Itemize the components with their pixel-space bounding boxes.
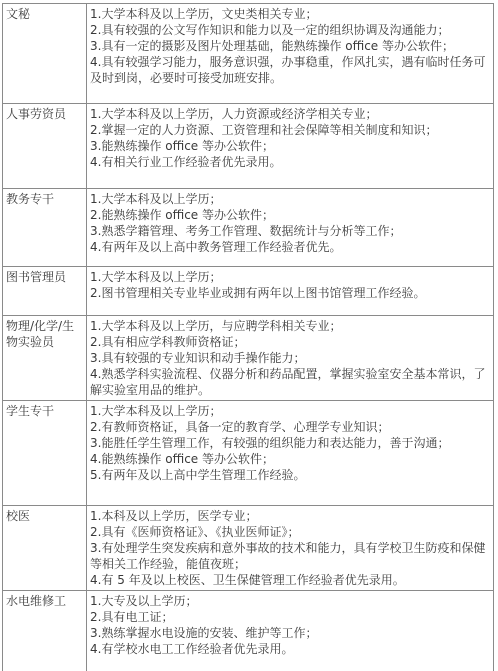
requirement-item: 3.具有较强的专业知识和动手操作能力； — [90, 350, 491, 366]
requirements-cell: 1.本科及以上学历，医学专业；2.具有《医师资格证》、《执业医师证》；3.有处理… — [87, 506, 494, 591]
requirements-cell: 1.大学本科及以上学历，与应聘学科相关专业；2.具有相应学科教师资格证；3.具有… — [87, 316, 494, 401]
job-requirements-table: 文秘1.大学本科及以上学历，文史类相关专业；2.具有较强的公文写作知识和能力以及… — [2, 3, 494, 671]
table-row: 水电维修工1.大专及以上学历；2.具有电工证；3.熟练掌握水电设施的安装、维护等… — [3, 591, 494, 671]
table-row: 学生专干1.大学本科及以上学历；2.有教师资格证，具备一定的教育学、心理学专业知… — [3, 401, 494, 506]
requirement-item: 2.具有电工证； — [90, 609, 491, 625]
requirements-cell: 1.大学本科及以上学历；2.能熟练操作 office 等办公软件；3.熟悉学籍管… — [87, 189, 494, 267]
requirement-item: 2.具有《医师资格证》、《执业医师证》； — [90, 524, 491, 540]
position-cell: 校医 — [3, 506, 87, 591]
job-requirements-table-body: 文秘1.大学本科及以上学历，文史类相关专业；2.具有较强的公文写作知识和能力以及… — [3, 4, 494, 671]
requirement-item: 4.有学校水电工工作经验者优先录用。 — [90, 641, 491, 657]
requirement-item: 4.具有较强学习能力，服务意识强，办事稳重，作风扎实，遇有临时任务可及时到岗，必… — [90, 54, 491, 86]
requirement-item: 3.熟练掌握水电设施的安装、维护等工作； — [90, 625, 491, 641]
requirements-cell: 1.大学本科及以上学历；2.有教师资格证，具备一定的教育学、心理学专业知识；3.… — [87, 401, 494, 506]
position-cell: 学生专干 — [3, 401, 87, 506]
requirement-item: 1.大学本科及以上学历，文史类相关专业； — [90, 6, 491, 22]
requirement-item: 1.大学本科及以上学历，与应聘学科相关专业； — [90, 318, 491, 334]
requirement-item: 1.大专及以上学历； — [90, 593, 491, 609]
requirement-item: 2.有教师资格证，具备一定的教育学、心理学专业知识； — [90, 419, 491, 435]
requirement-item: 4.熟悉学科实验流程、仪器分析和药品配置，掌握实验室安全基本常识，了解实验室用品… — [90, 366, 491, 398]
requirement-item: 4.有相关行业工作经验者优先录用。 — [90, 154, 491, 170]
requirement-item: 1.大学本科及以上学历，人力资源或经济学相关专业； — [90, 106, 491, 122]
position-cell: 物理/化学/生物实验员 — [3, 316, 87, 401]
requirement-item: 2.掌握一定的人力资源、工资管理和社会保障等相关制度和知识； — [90, 122, 491, 138]
table-row: 图书管理员1.大学本科及以上学历；2.图书管理相关专业毕业或拥有两年以上图书馆管… — [3, 267, 494, 316]
position-cell: 教务专干 — [3, 189, 87, 267]
position-cell: 人事劳资员 — [3, 104, 87, 189]
requirement-item: 4.能熟练操作 office 等办公软件； — [90, 451, 491, 467]
table-row: 教务专干1.大学本科及以上学历；2.能熟练操作 office 等办公软件；3.熟… — [3, 189, 494, 267]
requirement-item: 3.能熟练操作 office 等办公软件； — [90, 138, 491, 154]
table-row: 校医1.本科及以上学历，医学专业；2.具有《医师资格证》、《执业医师证》；3.有… — [3, 506, 494, 591]
requirement-item: 3.能胜任学生管理工作，有较强的组织能力和表达能力，善于沟通； — [90, 435, 491, 451]
position-cell: 图书管理员 — [3, 267, 87, 316]
requirement-item: 1.大学本科及以上学历； — [90, 191, 491, 207]
requirements-cell: 1.大学本科及以上学历，人力资源或经济学相关专业；2.掌握一定的人力资源、工资管… — [87, 104, 494, 189]
page: 文秘1.大学本科及以上学历，文史类相关专业；2.具有较强的公文写作知识和能力以及… — [0, 0, 498, 671]
requirement-item: 2.能熟练操作 office 等办公软件； — [90, 207, 491, 223]
position-cell: 水电维修工 — [3, 591, 87, 671]
requirement-item: 3.有处理学生突发疾病和意外事故的技术和能力，具有学校卫生防疫和保健等相关工作经… — [90, 540, 491, 572]
requirements-cell: 1.大学本科及以上学历，文史类相关专业；2.具有较强的公文写作知识和能力以及一定… — [87, 4, 494, 104]
requirement-item: 4.有 5 年及以上校医、卫生保健管理工作经验者优先录用。 — [90, 572, 491, 588]
requirement-item: 4.有两年及以上高中教务管理工作经验者优先。 — [90, 239, 491, 255]
requirement-item: 1.大学本科及以上学历； — [90, 403, 491, 419]
table-row: 物理/化学/生物实验员1.大学本科及以上学历，与应聘学科相关专业；2.具有相应学… — [3, 316, 494, 401]
requirement-item: 2.图书管理相关专业毕业或拥有两年以上图书馆管理工作经验。 — [90, 285, 491, 301]
position-cell: 文秘 — [3, 4, 87, 104]
requirement-item: 2.具有相应学科教师资格证； — [90, 334, 491, 350]
requirement-item: 1.大学本科及以上学历； — [90, 269, 491, 285]
table-row: 人事劳资员1.大学本科及以上学历，人力资源或经济学相关专业；2.掌握一定的人力资… — [3, 104, 494, 189]
requirements-cell: 1.大学本科及以上学历；2.图书管理相关专业毕业或拥有两年以上图书馆管理工作经验… — [87, 267, 494, 316]
table-row: 文秘1.大学本科及以上学历，文史类相关专业；2.具有较强的公文写作知识和能力以及… — [3, 4, 494, 104]
requirement-item: 1.本科及以上学历，医学专业； — [90, 508, 491, 524]
requirement-item: 3.具有一定的摄影及图片处理基础，能熟练操作 office 等办公软件； — [90, 38, 491, 54]
requirement-item: 2.具有较强的公文写作知识和能力以及一定的组织协调及沟通能力； — [90, 22, 491, 38]
requirements-cell: 1.大专及以上学历；2.具有电工证；3.熟练掌握水电设施的安装、维护等工作；4.… — [87, 591, 494, 671]
requirement-item: 3.熟悉学籍管理、考务工作管理、数据统计与分析等工作； — [90, 223, 491, 239]
requirement-item: 5.有两年及以上高中学生管理工作经验。 — [90, 467, 491, 483]
